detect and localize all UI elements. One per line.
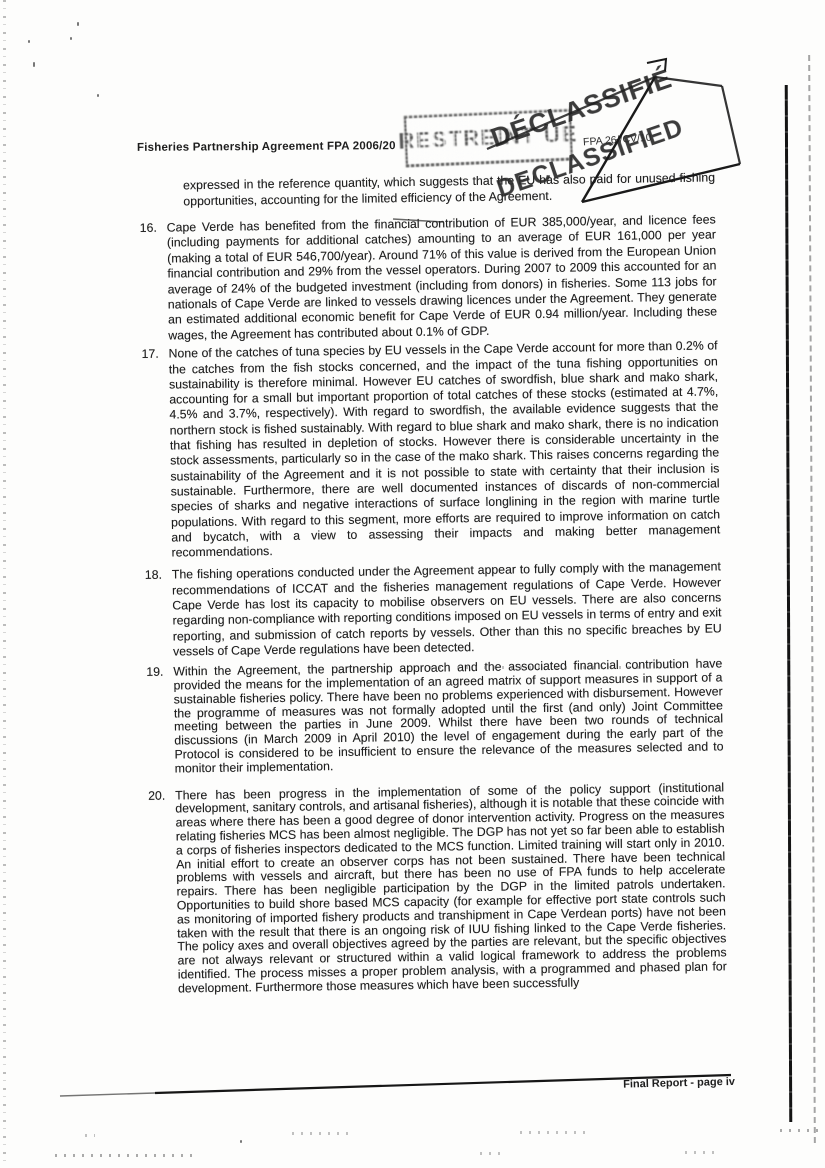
paragraph-16: 16. Cape Verde has benefited from the fi…	[138, 212, 718, 344]
scan-dot-row	[55, 1154, 195, 1157]
scan-right-border-line	[785, 85, 793, 1122]
scan-dot-row	[685, 1151, 715, 1154]
paragraph-text: Cape Verde has benefited from the financ…	[167, 212, 718, 343]
paragraph-text: The fishing operations conducted under t…	[172, 560, 722, 660]
scan-dot-row	[430, 666, 645, 669]
paragraph-number: 18.	[143, 568, 172, 584]
paragraph-20: 20. There has been progress in the imple…	[146, 781, 727, 997]
scan-edge-speckles	[3, 0, 6, 1168]
paragraph-18: 18. The fishing operations conducted und…	[143, 560, 722, 660]
paragraph-number: 17.	[139, 347, 168, 363]
paragraph-number: 19.	[144, 666, 173, 680]
paragraph-text: None of the catches of tuna species by E…	[168, 339, 720, 561]
paragraph-intro: expressed in the reference quantity, whi…	[183, 170, 715, 209]
scan-speck	[70, 37, 72, 40]
paragraph-number: 16.	[138, 221, 167, 237]
paragraph-text: There has been progress in the implement…	[175, 781, 727, 996]
footer-page-label: Final Report - page iv	[560, 1076, 735, 1092]
scan-dot-row	[480, 1152, 500, 1155]
scan-right-dotted-line	[808, 55, 816, 1143]
paragraph-19: 19. Within the Agreement, the partnershi…	[144, 658, 724, 777]
paragraph-text: Within the Agreement, the partnership ap…	[173, 658, 724, 777]
paragraph-17: 17. None of the catches of tuna species …	[139, 339, 720, 562]
scan-dot-row	[292, 1132, 352, 1135]
scan-speck	[28, 40, 30, 43]
scanned-document-page: Fisheries Partnership Agreement FPA 2006…	[0, 0, 825, 1168]
scan-dot-row	[85, 1134, 95, 1137]
scan-speck	[240, 1140, 242, 1143]
scan-dot-row	[520, 1131, 590, 1134]
scan-speck	[77, 22, 79, 26]
document-header-title: Fisheries Partnership Agreement FPA 2006…	[137, 140, 396, 154]
scan-speck	[33, 62, 35, 67]
paragraph-number: 20.	[146, 789, 175, 803]
document-body: expressed in the reference quantity, whi…	[137, 170, 727, 996]
scan-speck	[97, 94, 99, 97]
scan-dot-row	[780, 1129, 825, 1132]
